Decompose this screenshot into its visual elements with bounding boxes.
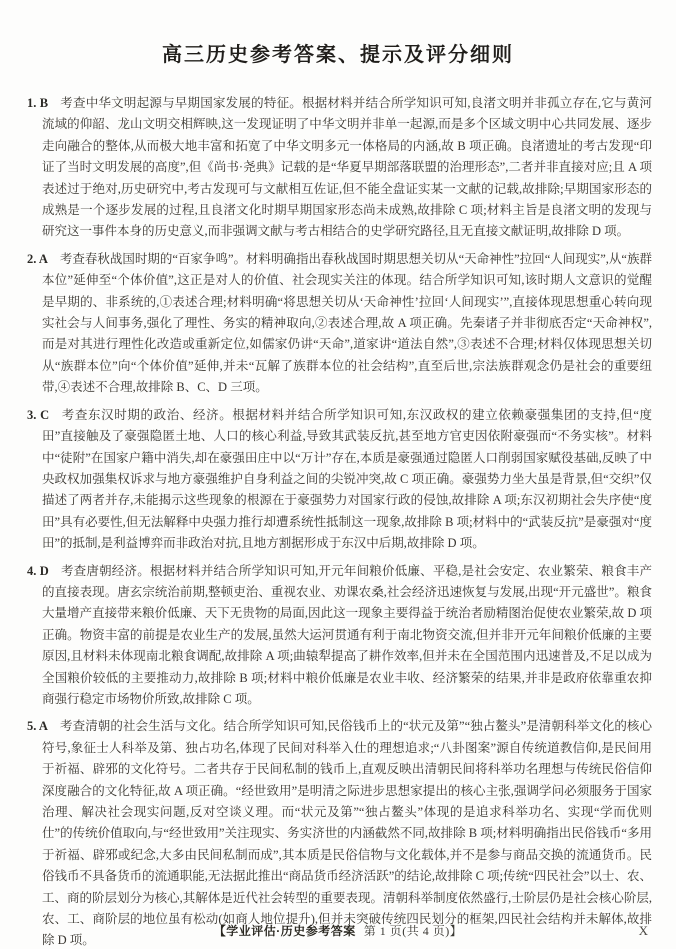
footer-caption: 【学业评估·历史参考答案第 1 页(共 4 页)】 <box>0 922 676 939</box>
footer-source: 【学业评估·历史参考答案 <box>214 924 356 938</box>
answer-text-4: 考查唐朝经济。根据材料并结合所学知识可知,开元年间粮价低廉、平稳,是社会安定、农… <box>42 564 652 706</box>
page-footer: 【学业评估·历史参考答案第 1 页(共 4 页)】 X <box>0 922 676 944</box>
answer-text-5: 考查清朝的社会生活与文化。结合所学知识可知,民俗钱币上的“状元及第”“独占鳌头”… <box>42 719 652 947</box>
answer-text-3: 考查东汉时期的政治、经济。根据材料并结合所学知识可知,东汉政权的建立依赖豪强集团… <box>42 408 652 550</box>
page-title: 高三历史参考答案、提示及评分细则 <box>0 0 676 67</box>
footer-corner-mark: X <box>639 923 648 939</box>
answer-item-4: 4. D考查唐朝经济。根据材料并结合所学知识可知,开元年间粮价低廉、平稳,是社会… <box>27 561 652 711</box>
answer-item-1: 1. B考查中华文明起源与早期国家发展的特征。根据材料并结合所学知识可知,良渚文… <box>27 93 652 243</box>
answer-label-2: 2. A <box>27 252 60 266</box>
answer-item-3: 3. C考查东汉时期的政治、经济。根据材料并结合所学知识可知,东汉政权的建立依赖… <box>27 405 652 555</box>
answer-text-1: 考查中华文明起源与早期国家发展的特征。根据材料并结合所学知识可知,良渚文明并非孤… <box>42 96 652 238</box>
answers-section: 1. B考查中华文明起源与早期国家发展的特征。根据材料并结合所学知识可知,良渚文… <box>27 93 652 949</box>
answer-text-2: 考查春秋战国时期的“百家争鸣”。材料明确指出春秋战国时期思想关切从“天命神性”拉… <box>42 252 652 394</box>
answer-label-4: 4. D <box>27 564 61 578</box>
footer-page-number: 第 1 页(共 4 页)】 <box>364 924 463 938</box>
answer-item-2: 2. A考查春秋战国时期的“百家争鸣”。材料明确指出春秋战国时期思想关切从“天命… <box>27 249 652 399</box>
document-page: 高三历史参考答案、提示及评分细则 1. B考查中华文明起源与早期国家发展的特征。… <box>0 0 676 949</box>
answer-label-3: 3. C <box>27 408 61 422</box>
answer-label-5: 5. A <box>27 719 60 733</box>
answer-item-5: 5. A考查清朝的社会生活与文化。结合所学知识可知,民俗钱币上的“状元及第”“独… <box>27 716 652 949</box>
answer-label-1: 1. B <box>27 96 60 110</box>
